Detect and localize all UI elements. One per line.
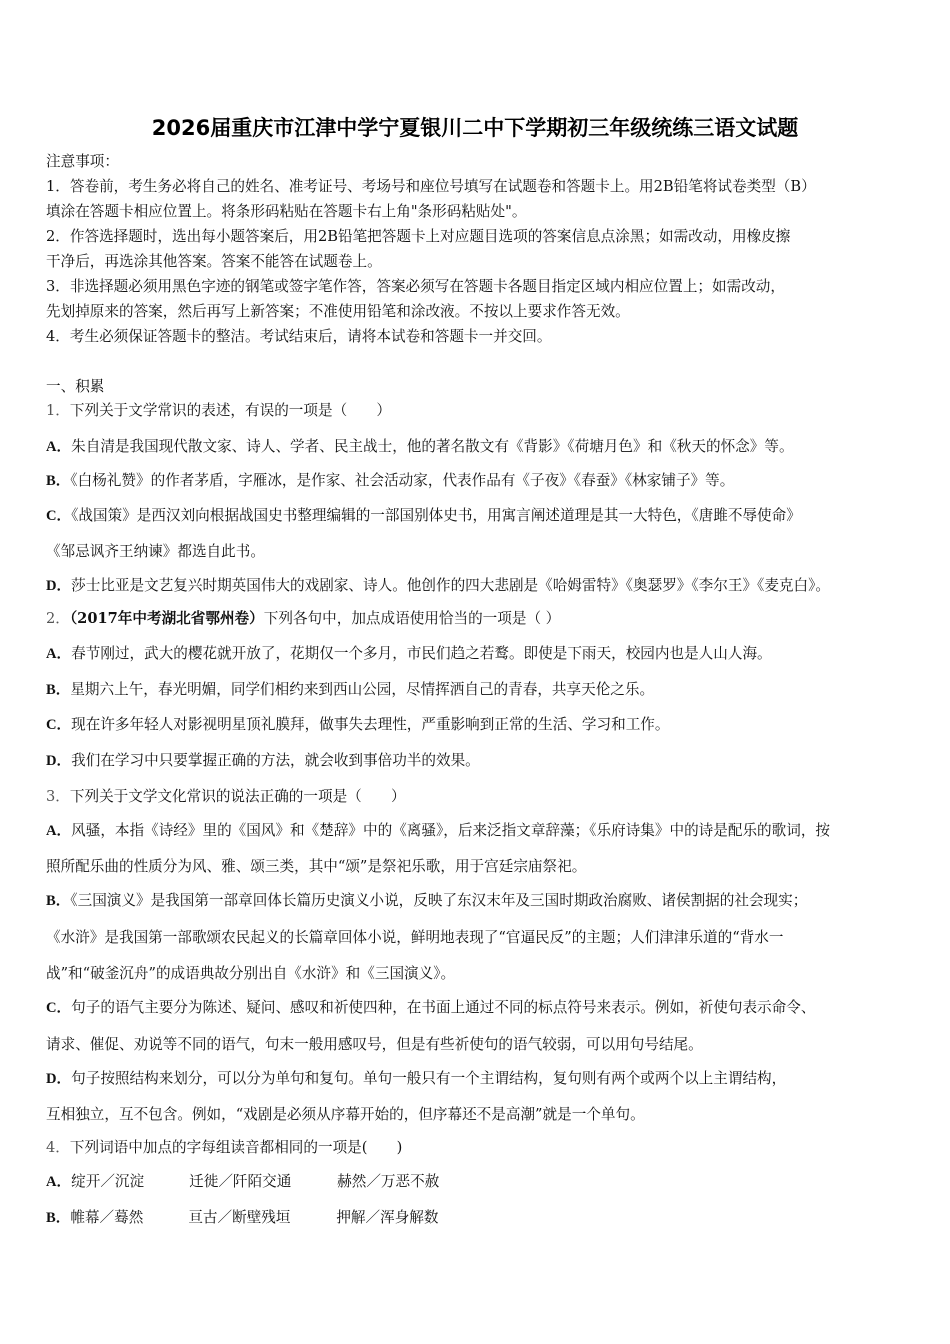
option-letter: D． — [46, 753, 71, 769]
option-letter: A． — [46, 646, 71, 662]
notice-line: 先划掉原来的答案，然后再写上新答案；不准使用铅笔和涂改液。不按以上要求作答无效。 — [46, 302, 630, 322]
option-text: 《战国策》是西汉刘向根据战国史书整理编辑的一部国别体史书，用寓言阐述道理是其一大… — [71, 507, 801, 524]
question-3-stem: 3．下列关于文学文化常识的说法正确的一项是（ ） — [46, 787, 406, 807]
question-text: 下列词语中加点的字每组读音都相同的一项是( ) — [70, 1139, 402, 1156]
question-text: 下列关于文学常识的表述，有误的一项是（ ） — [70, 402, 391, 419]
question-text: 下列关于文学文化常识的说法正确的一项是（ ） — [70, 788, 406, 805]
option-text: 莎士比亚是文艺复兴时期英国伟大的戏剧家、诗人。他创作的四大悲剧是《哈姆雷特》《奥… — [71, 577, 830, 594]
option-text: 句子按照结构来划分，可以分为单句和复句。单句一般只有一个主谓结构，复句则有两个或… — [71, 1070, 786, 1087]
notice-line: 3．非选择题必须用黑色字迹的钢笔或签字笔作答，答案必须写在答题卡各题目指定区域内… — [46, 277, 785, 297]
question-3-option-c: C．句子的语气主要分为陈述、疑问、感叹和祈使四种，在书面上通过不同的标点符号来表… — [46, 998, 815, 1018]
option-text: 现在许多年轻人对影视明星顶礼膜拜，做事失去理性，严重影响到正常的生活、学习和工作… — [71, 716, 669, 733]
option-letter: B． — [46, 893, 70, 909]
question-3-option-b-cont: 《水浒》是我国第一部歌颂农民起义的长篇章回体小说，鲜明地表现了“官逼民反”的主题… — [46, 928, 783, 948]
word-group: 押解／浑身解数 — [336, 1208, 438, 1228]
question-2-option-a: A．春节刚过，武大的樱花就开放了，花期仅一个多月，市民们趋之若鹜。即使是下雨天，… — [46, 644, 772, 664]
question-number: 4． — [46, 1139, 70, 1156]
option-letter: D． — [46, 1071, 71, 1087]
question-3-option-a-cont: 照所配乐曲的性质分为风、雅、颂三类，其中“颂”是祭祀乐歌，用于宫廷宗庙祭祀。 — [46, 857, 586, 877]
question-source: （2017年中考湖北省鄂州卷） — [70, 610, 264, 627]
question-1-option-c-cont: 《邹忌讽齐王纳谏》都选自此书。 — [46, 542, 265, 562]
notice-line: 2．作答选择题时，选出每小题答案后，用2B铅笔把答题卡上对应题目选项的答案信息点… — [46, 227, 790, 247]
option-letter: C． — [46, 717, 71, 733]
question-3-option-d: D．句子按照结构来划分，可以分为单句和复句。单句一般只有一个主谓结构，复句则有两… — [46, 1069, 786, 1089]
question-1-option-b: B．《白杨礼赞》的作者茅盾，字雁冰，是作家、社会活动家，代表作品有《子夜》《春蚕… — [46, 471, 734, 491]
option-letter: D． — [46, 578, 71, 594]
notice-line: 1．答卷前，考生务必将自己的姓名、准考证号、考场号和座位号填写在试题卷和答题卡上… — [46, 177, 816, 197]
question-text: 下列各句中，加点成语使用恰当的一项是（ ） — [264, 610, 561, 627]
option-text: 星期六上午，春光明媚，同学们相约来到西山公园，尽情挥洒自己的青春，共享天伦之乐。 — [70, 681, 654, 698]
option-letter: B． — [46, 682, 70, 698]
word-group: 绽开／沉淀 — [71, 1172, 189, 1192]
option-text: 《白杨礼赞》的作者茅盾，字雁冰，是作家、社会活动家，代表作品有《子夜》《春蚕》《… — [70, 472, 734, 489]
question-number: 1． — [46, 402, 70, 419]
option-text: 朱自清是我国现代散文家、诗人、学者、民主战士，他的著名散文有《背影》《荷塘月色》… — [71, 438, 793, 455]
question-number: 3． — [46, 788, 70, 805]
question-3-option-b: B．《三国演义》是我国第一部章回体长篇历史演义小说，反映了东汉末年及三国时期政治… — [46, 891, 807, 911]
question-3-option-b-cont: 战”和“破釜沉舟”的成语典故分别出自《水浒》和《三国演义》。 — [46, 964, 455, 984]
question-2-stem: 2．（2017年中考湖北省鄂州卷）下列各句中，加点成语使用恰当的一项是（ ） — [46, 609, 560, 629]
word-group: 帷幕／蓦然 — [70, 1208, 188, 1228]
word-group: 亘古／断壁残垣 — [188, 1208, 336, 1228]
question-3-option-a: A．风骚，本指《诗经》里的《国风》和《楚辞》中的《离骚》，后来泛指文章辞藻；《乐… — [46, 821, 830, 841]
word-group: 迁徙／阡陌交通 — [189, 1172, 337, 1192]
option-text: 句子的语气主要分为陈述、疑问、感叹和祈使四种，在书面上通过不同的标点符号来表示。… — [71, 999, 815, 1016]
notice-line: 4．考生必须保证答题卡的整洁。考试结束后，请将本试卷和答题卡一并交回。 — [46, 327, 551, 347]
notice-line: 填涂在答题卡相应位置上。将条形码粘贴在答题卡右上角"条形码粘贴处"。 — [46, 202, 526, 222]
section-heading: 一、积累 — [46, 377, 104, 397]
question-1-option-c: C．《战国策》是西汉刘向根据战国史书整理编辑的一部国别体史书，用寓言阐述道理是其… — [46, 506, 801, 526]
question-3-option-d-cont: 互相独立，互不包含。例如，“戏剧是必须从序幕开始的，但序幕还不是高潮”就是一个单… — [46, 1105, 645, 1125]
option-letter: C． — [46, 508, 71, 524]
option-letter: C． — [46, 1000, 71, 1016]
notice-line: 干净后，再选涂其他答案。答案不能答在试题卷上。 — [46, 252, 382, 272]
question-number: 2． — [46, 610, 70, 627]
question-3-option-c-cont: 请求、催促、劝说等不同的语气，句末一般用感叹号，但是有些祈使句的语气较弱，可以用… — [46, 1035, 703, 1055]
option-letter: A． — [46, 1174, 71, 1190]
question-1-stem: 1．下列关于文学常识的表述，有误的一项是（ ） — [46, 401, 391, 421]
option-letter: A． — [46, 823, 71, 839]
option-text: 我们在学习中只要掌握正确的方法，就会收到事倍功半的效果。 — [71, 752, 480, 769]
exam-page: 2026届重庆市江津中学宁夏银川二中下学期初三年级统练三语文试题 注意事项： 1… — [0, 0, 950, 1344]
question-1-option-a: A．朱自清是我国现代散文家、诗人、学者、民主战士，他的著名散文有《背影》《荷塘月… — [46, 437, 794, 457]
question-4-stem: 4．下列词语中加点的字每组读音都相同的一项是( ) — [46, 1138, 402, 1158]
option-letter: B． — [46, 1210, 70, 1226]
question-1-option-d: D．莎士比亚是文艺复兴时期英国伟大的戏剧家、诗人。他创作的四大悲剧是《哈姆雷特》… — [46, 576, 830, 596]
notice-heading: 注意事项： — [46, 152, 119, 172]
question-4-option-b: B．帷幕／蓦然亘古／断壁残垣押解／浑身解数 — [46, 1208, 439, 1228]
question-2-option-d: D．我们在学习中只要掌握正确的方法，就会收到事倍功半的效果。 — [46, 751, 480, 771]
question-2-option-c: C．现在许多年轻人对影视明星顶礼膜拜，做事失去理性，严重影响到正常的生活、学习和… — [46, 715, 670, 735]
option-text: 春节刚过，武大的樱花就开放了，花期仅一个多月，市民们趋之若鹜。即使是下雨天，校园… — [71, 645, 772, 662]
question-2-option-b: B．星期六上午，春光明媚，同学们相约来到西山公园，尽情挥洒自己的青春，共享天伦之… — [46, 680, 654, 700]
option-letter: B． — [46, 473, 70, 489]
document-title: 2026届重庆市江津中学宁夏银川二中下学期初三年级统练三语文试题 — [0, 112, 950, 142]
option-text: 风骚，本指《诗经》里的《国风》和《楚辞》中的《离骚》，后来泛指文章辞藻；《乐府诗… — [71, 822, 830, 839]
word-group: 赫然／万恶不赦 — [337, 1172, 439, 1192]
option-text: 《三国演义》是我国第一部章回体长篇历史演义小说，反映了东汉末年及三国时期政治腐败… — [70, 892, 807, 909]
option-letter: A． — [46, 439, 71, 455]
question-4-option-a: A．绽开／沉淀迁徙／阡陌交通赫然／万恶不赦 — [46, 1172, 439, 1192]
